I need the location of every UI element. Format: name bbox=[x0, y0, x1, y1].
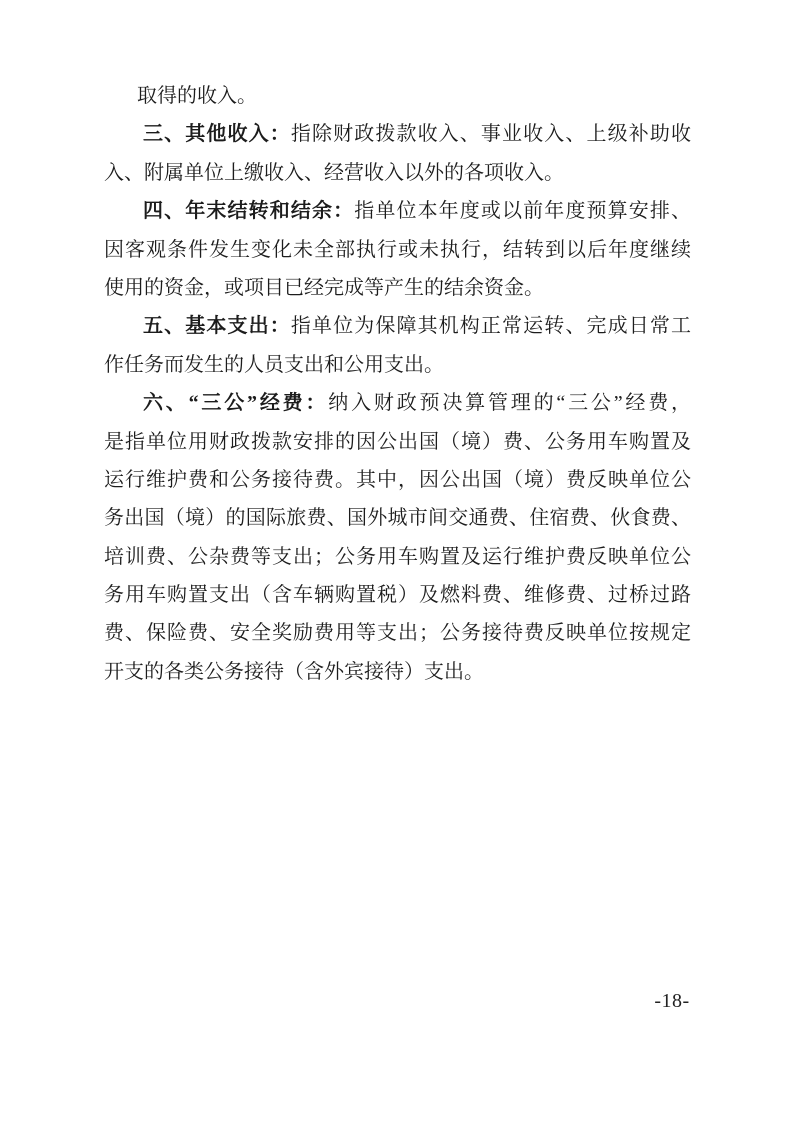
text-line: 入、附属单位上缴收入、经营收入以外的各项收入。 bbox=[104, 154, 691, 192]
text-line: 三、其他收入：指除财政拨款收入、事业收入、上级补助收 bbox=[104, 115, 691, 153]
text-line: 费、保险费、安全奖励费用等支出；公务接待费反映单位按规定 bbox=[104, 614, 691, 652]
text-line: 是指单位用财政拨款安排的因公出国（境）费、公务用车购置及 bbox=[104, 423, 691, 461]
body-text: 因客观条件发生变化未全部执行或未执行，结转到以后年度继续 bbox=[104, 239, 691, 261]
document-body: 取得的收入。 三、其他收入：指除财政拨款收入、事业收入、上级补助收 入、附属单位… bbox=[104, 77, 691, 691]
text-line: 务出国（境）的国际旅费、国外城市间交通费、住宿费、伙食费、 bbox=[104, 499, 691, 537]
text-line: 运行维护费和公务接待费。其中，因公出国（境）费反映单位公 bbox=[104, 461, 691, 499]
body-text: 费、保险费、安全奖励费用等支出；公务接待费反映单位按规定 bbox=[104, 622, 691, 644]
body-text: 培训费、公杂费等支出；公务用车购置及运行维护费反映单位公 bbox=[104, 546, 691, 568]
page-number: -18- bbox=[648, 991, 696, 1011]
body-text: 指除财政拨款收入、事业收入、上级补助收 bbox=[291, 123, 691, 145]
body-text: 是指单位用财政拨款安排的因公出国（境）费、公务用车购置及 bbox=[104, 431, 691, 453]
section-heading: 五、基本支出： bbox=[143, 315, 291, 337]
text-line: 四、年末结转和结余：指单位本年度或以前年度预算安排、 bbox=[104, 192, 691, 230]
section-heading: 三、其他收入： bbox=[143, 123, 291, 145]
text-line: 五、基本支出：指单位为保障其机构正常运转、完成日常工 bbox=[104, 307, 691, 345]
document-page: 取得的收入。 三、其他收入：指除财政拨款收入、事业收入、上级补助收 入、附属单位… bbox=[0, 0, 793, 1122]
text-line: 因客观条件发生变化未全部执行或未执行，结转到以后年度继续 bbox=[104, 231, 691, 269]
text-line: 开支的各类公务接待（含外宾接待）支出。 bbox=[104, 653, 691, 691]
text-line: 六、“三公”经费：纳入财政预决算管理的“三公”经费， bbox=[104, 384, 691, 422]
section-heading: 四、年末结转和结余： bbox=[143, 200, 354, 222]
text-line: 作任务而发生的人员支出和公用支出。 bbox=[104, 346, 691, 384]
body-text: 作任务而发生的人员支出和公用支出。 bbox=[104, 354, 444, 376]
body-text: 务出国（境）的国际旅费、国外城市间交通费、住宿费、伙食费、 bbox=[104, 507, 691, 529]
text-line: 务用车购置支出（含车辆购置税）及燃料费、维修费、过桥过路 bbox=[104, 576, 691, 614]
body-text: 开支的各类公务接待（含外宾接待）支出。 bbox=[104, 661, 484, 683]
body-text: 使用的资金，或项目已经完成等产生的结余资金。 bbox=[104, 277, 544, 299]
body-text: 指单位本年度或以前年度预算安排、 bbox=[354, 200, 691, 222]
body-text: 入、附属单位上缴收入、经营收入以外的各项收入。 bbox=[104, 162, 564, 184]
body-text: 纳入财政预决算管理的“三公”经费， bbox=[328, 392, 691, 414]
body-text: 务用车购置支出（含车辆购置税）及燃料费、维修费、过桥过路 bbox=[104, 584, 691, 606]
body-text: 取得的收入。 bbox=[137, 85, 257, 107]
text-line: 使用的资金，或项目已经完成等产生的结余资金。 bbox=[104, 269, 691, 307]
section-heading: 六、“三公”经费： bbox=[143, 392, 328, 414]
body-text: 运行维护费和公务接待费。其中，因公出国（境）费反映单位公 bbox=[104, 469, 691, 491]
text-line: 取得的收入。 bbox=[104, 77, 691, 115]
text-line: 培训费、公杂费等支出；公务用车购置及运行维护费反映单位公 bbox=[104, 538, 691, 576]
body-text: 指单位为保障其机构正常运转、完成日常工 bbox=[291, 315, 691, 337]
